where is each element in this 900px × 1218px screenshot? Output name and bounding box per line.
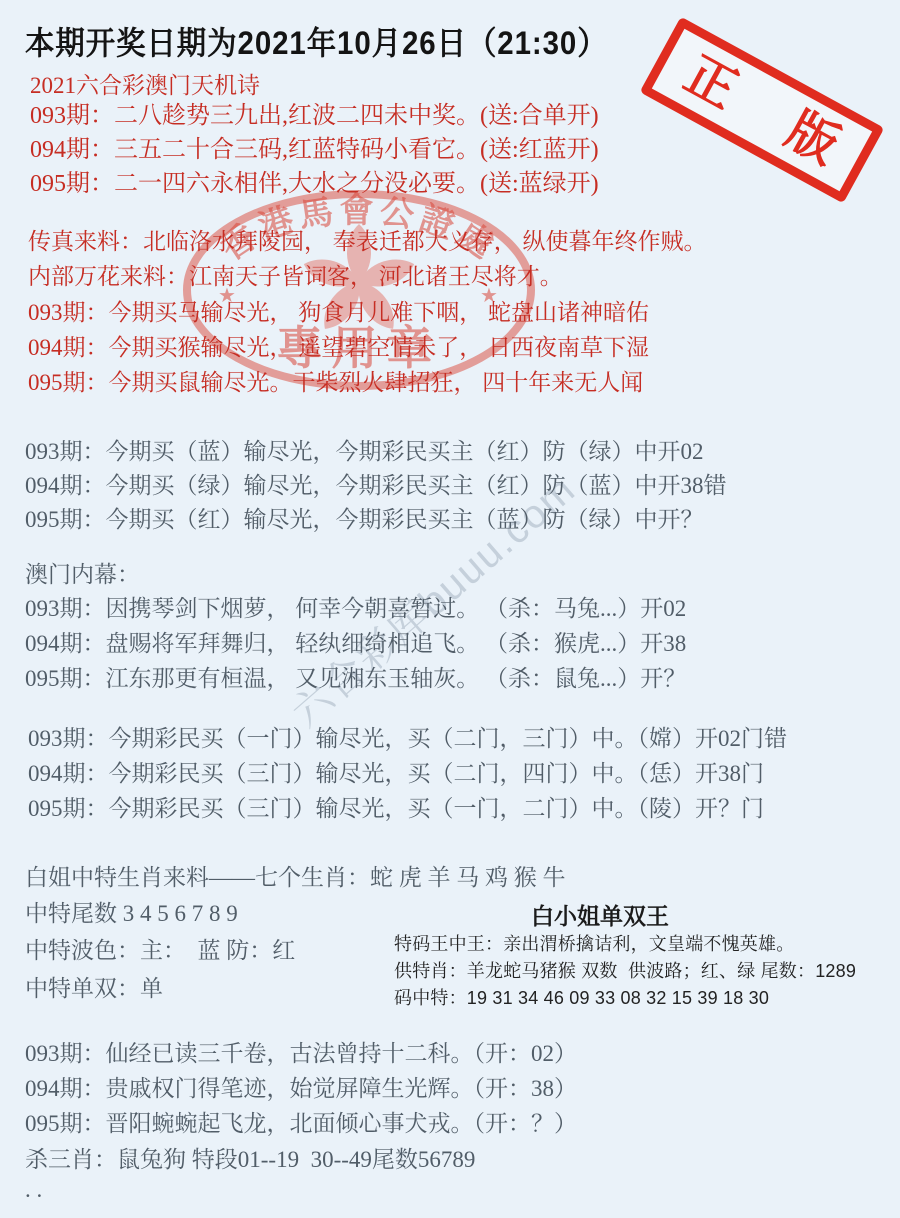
neimu-header: 澳门内幕： [25, 561, 140, 589]
genuine-stamp: 正 版 [640, 17, 885, 204]
color-tip-line: 094期：今期买（绿）输尽光，今期彩民买主（红）防（蓝）中开38错 [25, 472, 727, 500]
color-tip-line: 093期：今期买（蓝）输尽光，今期彩民买主（红）防（绿）中开02 [25, 438, 704, 466]
page-title: 本期开奖日期为2021年10月26日（21:30） [25, 24, 608, 63]
final-tip-line: 095期：晋阳蜿蜿起飞龙，北面倾心事犬戎。（开：？） [25, 1110, 577, 1138]
baijie-line: 中特波色：主： 蓝 防：红 [25, 937, 295, 965]
tianji-header: 2021六合彩澳门天机诗 [30, 72, 260, 100]
baijie-line: 中特单双：单 [25, 975, 163, 1003]
men-tip-line: 093期：今期彩民买（一门）输尽光，买（二门，三门）中。（嫦）开02门错 [28, 725, 787, 753]
neimu-line: 093期：因携琴剑下烟萝， 何幸今朝喜暂过。 （杀：马兔...）开02 [25, 595, 686, 623]
tianji-line: 093期：二八趁势三九出,红波二四未中奖。(送:合单开) [30, 102, 599, 131]
baixiaojie-title: 白小姐单双王 [420, 902, 780, 930]
genuine-stamp-label: 正 版 [654, 36, 869, 185]
tianji-line: 095期：二一四六永相伴,大水之分没必要。(送:蓝绿开) [30, 170, 599, 199]
fax-line: 093期：今期买马输尽光， 狗食月儿难下咽， 蛇盘山诸神暗佑 [28, 299, 649, 327]
fax-line: 传真来料：北临洛水拜陵园， 奉表迁都大义存， 纵使暮年终作贼。 [28, 228, 707, 256]
men-tip-line: 094期：今期彩民买（三门）输尽光，买（二门，四门）中。（恁）开38门 [28, 760, 764, 788]
lottery-tip-sheet: 香港馬會公證處 ★ ★ 專用章 六合彩库buuu.com 本期开奖日期为2021… [0, 0, 900, 1218]
baixiaojie-line: 特码王中王：亲出渭桥擒诘利，文皇端不愧英雄。 [394, 934, 794, 956]
final-tip-line: 杀三肖：鼠兔狗 特段01--19 30--49尾数56789 [25, 1146, 475, 1174]
baixiaojie-line: 供特肖：羊龙蛇马猪猴 双数 供波路；红、绿 尾数：1289 [394, 961, 856, 983]
baijie-line: 中特尾数 3 4 5 6 7 8 9 [25, 900, 238, 928]
footer-dots: . . [25, 1176, 42, 1204]
final-tip-line: 093期：仙经已读三千卷，古法曾持十二科。（开：02） [25, 1040, 577, 1068]
men-tip-line: 095期：今期彩民买（三门）输尽光，买（一门，二门）中。（陵）开？门 [28, 795, 764, 823]
tianji-line: 094期：三五二十合三码,红蓝特码小看它。(送:红蓝开) [30, 136, 599, 165]
fax-line: 094期：今期买猴输尽光， 遥望碧空情未了， 日西夜南草下湿 [28, 334, 649, 362]
baijie-line: 白姐中特生肖来料——七个生肖：蛇 虎 羊 马 鸡 猴 牛 [25, 864, 566, 892]
fax-line: 095期：今期买鼠输尽光。干柴烈火肆招狂， 四十年来无人闻 [28, 369, 643, 397]
final-tip-line: 094期：贵戚权门得笔迹，始觉屏障生光辉。（开：38） [25, 1075, 577, 1103]
color-tip-line: 095期：今期买（红）输尽光，今期彩民买主（蓝）防（绿）中开？ [25, 506, 704, 534]
fax-line: 内部万花来料：江南天子皆词客， 河北诸王尽将才。 [28, 263, 563, 291]
neimu-line: 094期：盘赐将军拜舞归， 轻纨细绮相追飞。 （杀：猴虎...）开38 [25, 630, 686, 658]
neimu-line: 095期：江东那更有桓温， 又见湘东玉轴灰。 （杀：鼠兔...）开？ [25, 665, 686, 693]
baixiaojie-line: 码中特：19 31 34 46 09 33 08 32 15 39 18 30 [394, 988, 769, 1010]
